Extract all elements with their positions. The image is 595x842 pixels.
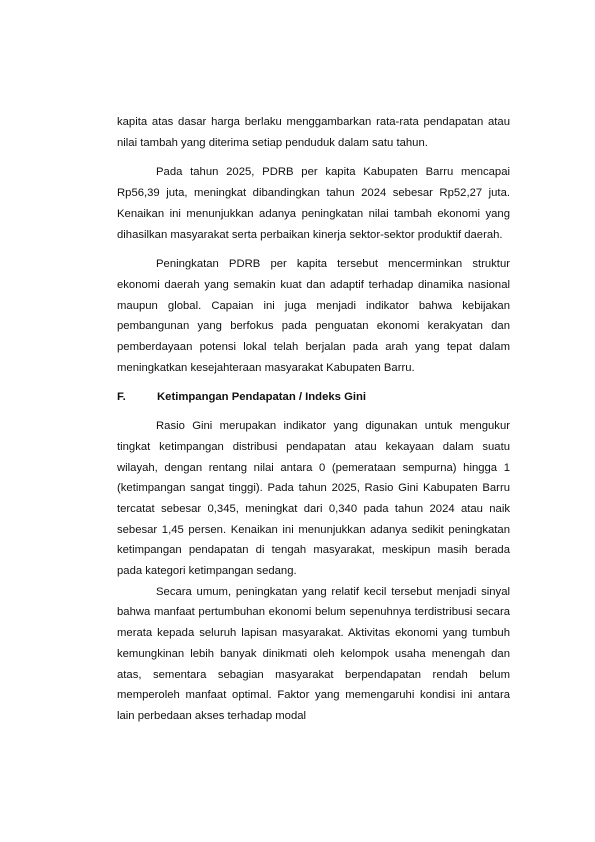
- page-content: kapita atas dasar harga berlaku menggamb…: [117, 112, 510, 727]
- document-page: kapita atas dasar harga berlaku menggamb…: [0, 0, 595, 842]
- section-heading: F. Ketimpangan Pendapatan / Indeks Gini: [117, 387, 510, 408]
- section-title: Ketimpangan Pendapatan / Indeks Gini: [157, 387, 366, 408]
- paragraph-gini-definition: Rasio Gini merupakan indikator yang digu…: [117, 416, 510, 582]
- section-number: F.: [117, 387, 157, 408]
- paragraph-pdrb-definition-continued: kapita atas dasar harga berlaku menggamb…: [117, 112, 510, 153]
- paragraph-gini-interpretation: Secara umum, peningkatan yang relatif ke…: [117, 582, 510, 727]
- paragraph-pdrb-2025: Pada tahun 2025, PDRB per kapita Kabupat…: [117, 162, 510, 245]
- paragraph-pdrb-significance: Peningkatan PDRB per kapita tersebut men…: [117, 254, 510, 378]
